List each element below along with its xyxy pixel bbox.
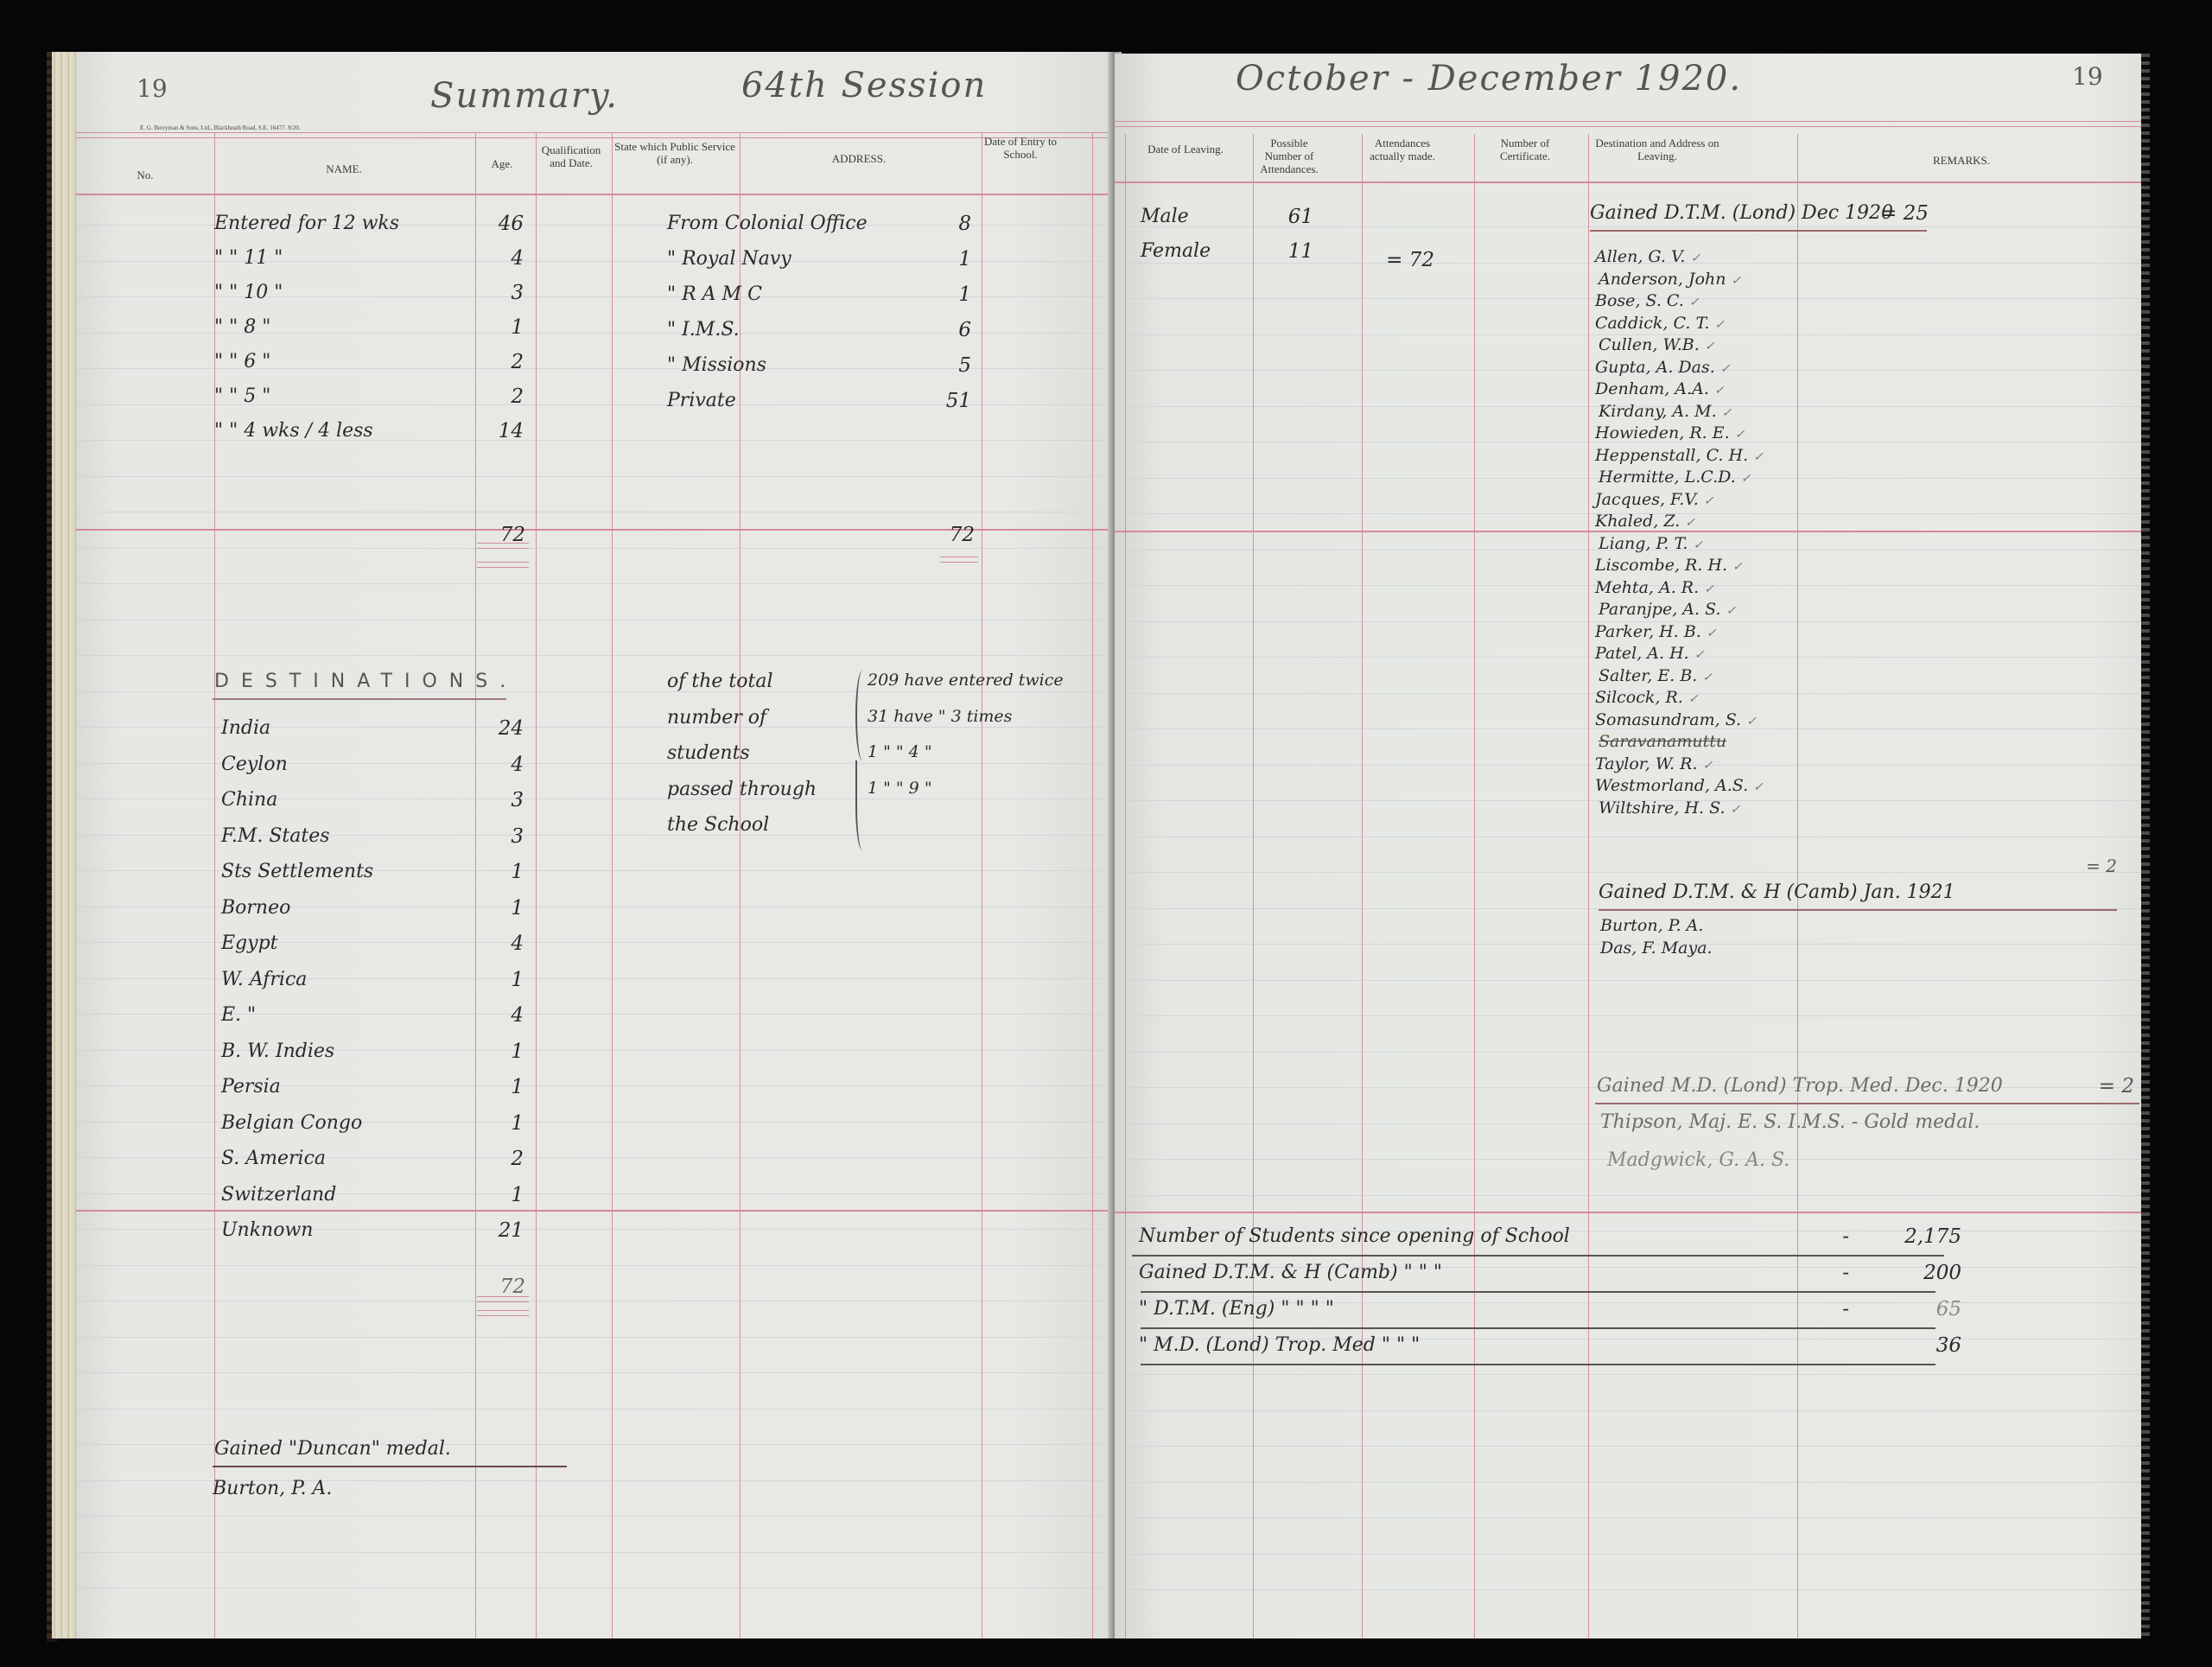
dtm-camb-count: = 2 xyxy=(2031,856,2117,876)
destination-count: 24 xyxy=(477,717,524,740)
weeks-count: 2 xyxy=(477,351,524,373)
weeks-count: 2 xyxy=(477,385,524,408)
repeat-lead-line: passed through xyxy=(667,779,817,800)
ruled-line xyxy=(76,548,1113,549)
service-label: " Royal Navy xyxy=(667,248,791,270)
graduate-name: Jacques, F.V.✓ xyxy=(1595,490,1714,509)
md-trop-underline xyxy=(1595,1103,2139,1104)
header-bottom-rule xyxy=(76,194,1113,195)
weeks-label: " " 8 " xyxy=(214,316,270,338)
weeks-count: 3 xyxy=(477,282,524,304)
service-label: Private xyxy=(667,390,736,411)
destination-place: Egypt xyxy=(221,932,278,954)
repeat-lead-line: of the total xyxy=(667,671,772,692)
cumulative-underline xyxy=(1141,1327,1935,1329)
destination-place: China xyxy=(221,789,277,811)
col-public-service: State which Public Service (if any). xyxy=(612,140,738,166)
cumulative-value: 65 xyxy=(1875,1298,1961,1320)
graduate-name: Kirdany, A. M.✓ xyxy=(1599,402,1732,421)
service-label: " R A M C xyxy=(667,283,762,305)
dtm-camb-name: Burton, P. A. xyxy=(1600,916,1703,935)
printer-imprint: E. G. Berryman & Sons, Ltd., Blackheath … xyxy=(140,124,300,131)
col-entry-date: Date of Entry to School. xyxy=(982,135,1059,161)
service-count: 1 xyxy=(906,283,971,306)
checkmark-icon: ✓ xyxy=(1704,494,1714,508)
destination-count: 3 xyxy=(477,825,524,848)
destination-count: 21 xyxy=(477,1219,524,1242)
dtm-camb-heading: Gained D.T.M. & H (Camb) Jan. 1921 xyxy=(1599,881,1955,903)
repeat-lead-line: number of xyxy=(667,707,766,729)
column-rule xyxy=(982,132,982,1638)
md-trop-name: Thipson, Maj. E. S. I.M.S. - Gold medal. xyxy=(1600,1111,1980,1133)
graduate-name: Salter, E. B.✓ xyxy=(1599,666,1713,685)
ruled-line xyxy=(1115,1554,2141,1555)
ruled-line xyxy=(1115,1015,2141,1016)
checkmark-icon: ✓ xyxy=(1730,803,1740,817)
book-binding-right xyxy=(2141,54,2150,1638)
graduate-name: Denham, A.A.✓ xyxy=(1595,379,1725,398)
checkmark-icon: ✓ xyxy=(1714,384,1725,398)
column-rule xyxy=(612,132,613,1638)
destination-place: E. " xyxy=(221,1004,256,1026)
left-page: 19 E. G. Berryman & Sons, Ltd., Blackhea… xyxy=(76,52,1113,1638)
weeks-label: " " 11 " xyxy=(214,247,283,269)
graduate-name: Heppenstall, C. H.✓ xyxy=(1595,446,1764,465)
section-rule xyxy=(1115,531,2141,532)
page-number-left: 19 xyxy=(137,74,168,103)
col-certificate: Number of Certificate. xyxy=(1478,137,1573,162)
gender-count: 11 xyxy=(1253,240,1313,263)
cumulative-dash: - xyxy=(1823,1298,1849,1320)
destination-count: 1 xyxy=(477,1112,524,1135)
section-rule xyxy=(76,1210,1113,1212)
destination-count: 1 xyxy=(477,969,524,991)
ruled-line xyxy=(76,1516,1113,1517)
ruled-line xyxy=(1115,872,2141,873)
ruled-line xyxy=(76,1301,1113,1301)
graduate-name: Gupta, A. Das.✓ xyxy=(1595,358,1731,377)
graduate-name: Taylor, W. R.✓ xyxy=(1595,754,1713,773)
ruled-line xyxy=(76,1337,1113,1338)
destination-count: 2 xyxy=(477,1148,524,1170)
destination-place: Sts Settlements xyxy=(221,861,373,882)
column-rule xyxy=(1474,134,1475,1638)
checkmark-icon: ✓ xyxy=(1722,406,1732,420)
md-trop-count: = 2 xyxy=(2082,1075,2134,1098)
cumulative-label: " M.D. (Lond) Trop. Med " " " xyxy=(1139,1334,1420,1356)
checkmark-icon: ✓ xyxy=(1688,692,1699,706)
dtm-camb-name: Das, F. Maya. xyxy=(1600,938,1713,958)
graduate-name: Cullen, W.B.✓ xyxy=(1599,335,1714,354)
column-rule xyxy=(1253,134,1254,1638)
ruled-line xyxy=(76,1409,1113,1409)
destination-place: Unknown xyxy=(221,1219,313,1241)
brace-icon-lower xyxy=(855,760,869,850)
graduate-name: Paranjpe, A. S.✓ xyxy=(1599,600,1736,619)
col-destination: Destination and Address on Leaving. xyxy=(1588,137,1726,162)
service-label: From Colonial Office xyxy=(667,213,868,234)
service-total-underline xyxy=(940,557,978,563)
cumulative-label: Gained D.T.M. & H (Camb) " " " xyxy=(1139,1262,1442,1283)
repeat-count-line: 1 " " 4 " xyxy=(868,742,932,761)
destination-count: 1 xyxy=(477,861,524,883)
ruled-line xyxy=(1115,1482,2141,1483)
ruled-line xyxy=(76,476,1113,477)
destinations-total: 72 xyxy=(477,1276,525,1298)
checkmark-icon: ✓ xyxy=(1702,759,1713,773)
graduate-name: Anderson, John✓ xyxy=(1599,270,1741,289)
checkmark-icon: ✓ xyxy=(1714,318,1725,332)
graduate-name: Somasundram, S.✓ xyxy=(1595,710,1757,729)
ruled-line xyxy=(1115,1374,2141,1375)
page-number-right: 19 xyxy=(2072,62,2103,91)
checkmark-icon: ✓ xyxy=(1726,604,1736,618)
dtm-lond-underline xyxy=(1590,230,1927,232)
ruled-line xyxy=(76,1552,1113,1553)
gender-count: 61 xyxy=(1253,206,1313,228)
destination-count: 1 xyxy=(477,1040,524,1063)
cumulative-underline xyxy=(1141,1364,1935,1365)
section-rule xyxy=(1115,1212,2141,1213)
col-address: ADDRESS. xyxy=(740,152,978,165)
right-page: 19 October - December 1920. Date of Leav… xyxy=(1115,54,2141,1638)
gender-total: = 72 xyxy=(1348,249,1434,271)
cumulative-value: 36 xyxy=(1875,1334,1961,1357)
graduate-name: Allen, G. V.✓ xyxy=(1595,247,1700,266)
ruled-line xyxy=(76,620,1113,620)
ruled-line xyxy=(1115,980,2141,981)
weeks-label: " " 10 " xyxy=(214,282,283,303)
cumulative-dash: - xyxy=(1823,1262,1849,1284)
col-attendances-made: Attendances actually made. xyxy=(1363,137,1441,162)
ruled-line xyxy=(1115,1195,2141,1196)
cumulative-label: Number of Students since opening of Scho… xyxy=(1139,1225,1570,1247)
dest-total-underline xyxy=(477,1310,529,1316)
column-rule xyxy=(536,132,537,1638)
graduate-name: Patel, A. H.✓ xyxy=(1595,644,1704,663)
destination-count: 4 xyxy=(477,932,524,955)
graduate-name: Wiltshire, H. S.✓ xyxy=(1599,799,1740,818)
checkmark-icon: ✓ xyxy=(1685,516,1695,530)
cumulative-underline xyxy=(1132,1255,1944,1257)
col-no: No. xyxy=(76,169,214,181)
header-top-rule xyxy=(76,132,1113,138)
gender-label: Male xyxy=(1141,206,1189,227)
checkmark-icon: ✓ xyxy=(1731,274,1741,288)
destination-count: 1 xyxy=(477,897,524,919)
destination-place: B. W. Indies xyxy=(221,1040,334,1062)
cumulative-underline xyxy=(1141,1291,1935,1293)
cumulative-dash: - xyxy=(1823,1225,1849,1248)
weeks-label: Entered for 12 wks xyxy=(214,213,399,234)
graduate-name: Liang, P. T.✓ xyxy=(1599,534,1703,553)
weeks-count: 4 xyxy=(477,247,524,270)
destination-place: Borneo xyxy=(221,897,290,919)
checkmark-icon: ✓ xyxy=(1753,450,1764,464)
cumulative-label: " D.T.M. (Eng) " " " " xyxy=(1139,1298,1334,1320)
ruled-line xyxy=(76,1587,1113,1588)
duncan-medal-heading: Gained "Duncan" medal. xyxy=(214,1438,451,1460)
column-rule xyxy=(475,132,476,1638)
service-count: 5 xyxy=(906,354,971,377)
title-session: 64th Session xyxy=(741,66,987,105)
repeat-count-line: 1 " " 9 " xyxy=(868,779,932,798)
graduate-name: Bose, S. C.✓ xyxy=(1595,291,1700,310)
destination-place: F.M. States xyxy=(221,825,330,847)
col-remarks: REMARKS. xyxy=(1797,154,2126,167)
checkmark-icon: ✓ xyxy=(1694,648,1705,662)
destinations-heading: DESTINATIONS. xyxy=(214,671,518,692)
weeks-total-underline xyxy=(477,562,529,568)
graduate-name: Westmorland, A.S.✓ xyxy=(1595,776,1764,795)
md-trop-heading: Gained M.D. (Lond) Trop. Med. Dec. 1920 xyxy=(1597,1075,2003,1097)
duncan-medal-underline xyxy=(213,1466,567,1467)
graduate-name: Khaled, Z.✓ xyxy=(1595,512,1695,531)
weeks-label: " " 6 " xyxy=(214,351,270,372)
graduate-name: Caddick, C. T.✓ xyxy=(1595,314,1725,333)
checkmark-icon: ✓ xyxy=(1705,340,1715,353)
destination-count: 4 xyxy=(477,1004,524,1027)
service-label: " I.M.S. xyxy=(667,319,740,340)
service-count: 1 xyxy=(906,248,971,270)
col-possible-attendances: Possible Number of Attendances. xyxy=(1255,137,1324,175)
graduate-name: Silcock, R.✓ xyxy=(1595,688,1699,707)
weeks-label: " " 5 " xyxy=(214,385,270,407)
ruled-line xyxy=(1115,1410,2141,1411)
graduate-name: Saravanamuttu xyxy=(1599,732,1726,751)
dtm-camb-underline xyxy=(1599,909,2117,911)
column-rule xyxy=(1092,132,1093,1638)
col-name: NAME. xyxy=(214,162,474,175)
col-qualification: Qualification and Date. xyxy=(536,143,607,169)
repeat-lead-line: students xyxy=(667,742,750,764)
weeks-label: " " 4 wks / 4 less xyxy=(214,420,373,442)
checkmark-icon: ✓ xyxy=(1753,780,1764,794)
ruled-line xyxy=(76,655,1113,656)
destination-place: W. Africa xyxy=(221,969,307,990)
service-count: 6 xyxy=(906,319,971,341)
ruled-line xyxy=(76,1265,1113,1266)
ruled-line xyxy=(76,583,1113,584)
dtm-lond-count: = 25 xyxy=(1880,202,1975,225)
column-rule xyxy=(1125,134,1126,1638)
graduate-name: Parker, H. B.✓ xyxy=(1595,622,1717,641)
gender-label: Female xyxy=(1141,240,1211,262)
ruled-line xyxy=(1115,1446,2141,1447)
cumulative-value: 200 xyxy=(1875,1262,1961,1284)
title-summary: Summary. xyxy=(430,76,619,116)
destinations-heading-underline xyxy=(213,698,506,700)
destination-place: Belgian Congo xyxy=(221,1112,362,1134)
ruled-line xyxy=(1115,837,2141,837)
ruled-line xyxy=(76,1372,1113,1373)
repeat-count-line: 209 have entered twice xyxy=(868,671,1064,690)
col-date-leaving: Date of Leaving. xyxy=(1125,143,1246,156)
checkmark-icon: ✓ xyxy=(1746,715,1757,729)
graduate-name: Howieden, R. E.✓ xyxy=(1595,423,1745,442)
destination-place: India xyxy=(221,717,270,739)
weeks-total: 72 xyxy=(477,524,525,546)
destination-place: Persia xyxy=(221,1076,281,1098)
cumulative-value: 2,175 xyxy=(1875,1225,1961,1248)
column-rule xyxy=(1362,134,1363,1638)
repeat-count-line: 31 have " 3 times xyxy=(868,707,1012,726)
checkmark-icon: ✓ xyxy=(1693,538,1703,552)
destination-count: 3 xyxy=(477,789,524,811)
title-period: October - December 1920. xyxy=(1236,59,1742,99)
checkmark-icon: ✓ xyxy=(1707,627,1717,640)
ruled-line xyxy=(1115,1517,2141,1518)
destination-count: 1 xyxy=(477,1076,524,1098)
checkmark-icon: ✓ xyxy=(1704,582,1714,596)
graduate-name: Liscombe, R. H.✓ xyxy=(1595,556,1743,575)
service-label: " Missions xyxy=(667,354,766,376)
destination-place: Switzerland xyxy=(221,1184,336,1206)
checkmark-icon: ✓ xyxy=(1735,428,1745,442)
ruled-line xyxy=(1115,1589,2141,1590)
destination-count: 4 xyxy=(477,754,524,776)
checkmark-icon: ✓ xyxy=(1689,296,1700,309)
duncan-medal-name: Burton, P. A. xyxy=(213,1478,332,1499)
weeks-count: 14 xyxy=(477,420,524,442)
ruled-line xyxy=(76,512,1113,512)
col-age: Age. xyxy=(475,157,529,170)
destination-place: S. America xyxy=(221,1148,326,1169)
weeks-count: 46 xyxy=(477,213,524,235)
service-count: 8 xyxy=(906,213,971,235)
graduate-name: Mehta, A. R.✓ xyxy=(1595,578,1714,597)
header-top-rule-right xyxy=(1115,121,2141,127)
header-bottom-rule-right xyxy=(1115,181,2141,183)
service-total: 72 xyxy=(906,524,975,546)
md-trop-name: Madgwick, G. A. S. xyxy=(1607,1149,1789,1171)
destination-count: 1 xyxy=(477,1184,524,1206)
page-edges xyxy=(52,52,78,1638)
destination-place: Ceylon xyxy=(221,754,288,775)
checkmark-icon: ✓ xyxy=(1720,362,1731,376)
checkmark-icon: ✓ xyxy=(1690,251,1700,265)
checkmark-icon: ✓ xyxy=(1702,671,1713,684)
repeat-lead-line: the School xyxy=(667,814,769,836)
weeks-count: 1 xyxy=(477,316,524,339)
checkmark-icon: ✓ xyxy=(1741,472,1751,486)
column-rule xyxy=(1588,134,1589,1638)
checkmark-icon: ✓ xyxy=(1732,560,1743,574)
service-count: 51 xyxy=(906,390,971,412)
graduate-name: Hermitte, L.C.D.✓ xyxy=(1599,468,1751,487)
dtm-lond-heading: Gained D.T.M. (Lond) Dec 1920 xyxy=(1590,202,1893,224)
ruled-line xyxy=(1115,1052,2141,1053)
